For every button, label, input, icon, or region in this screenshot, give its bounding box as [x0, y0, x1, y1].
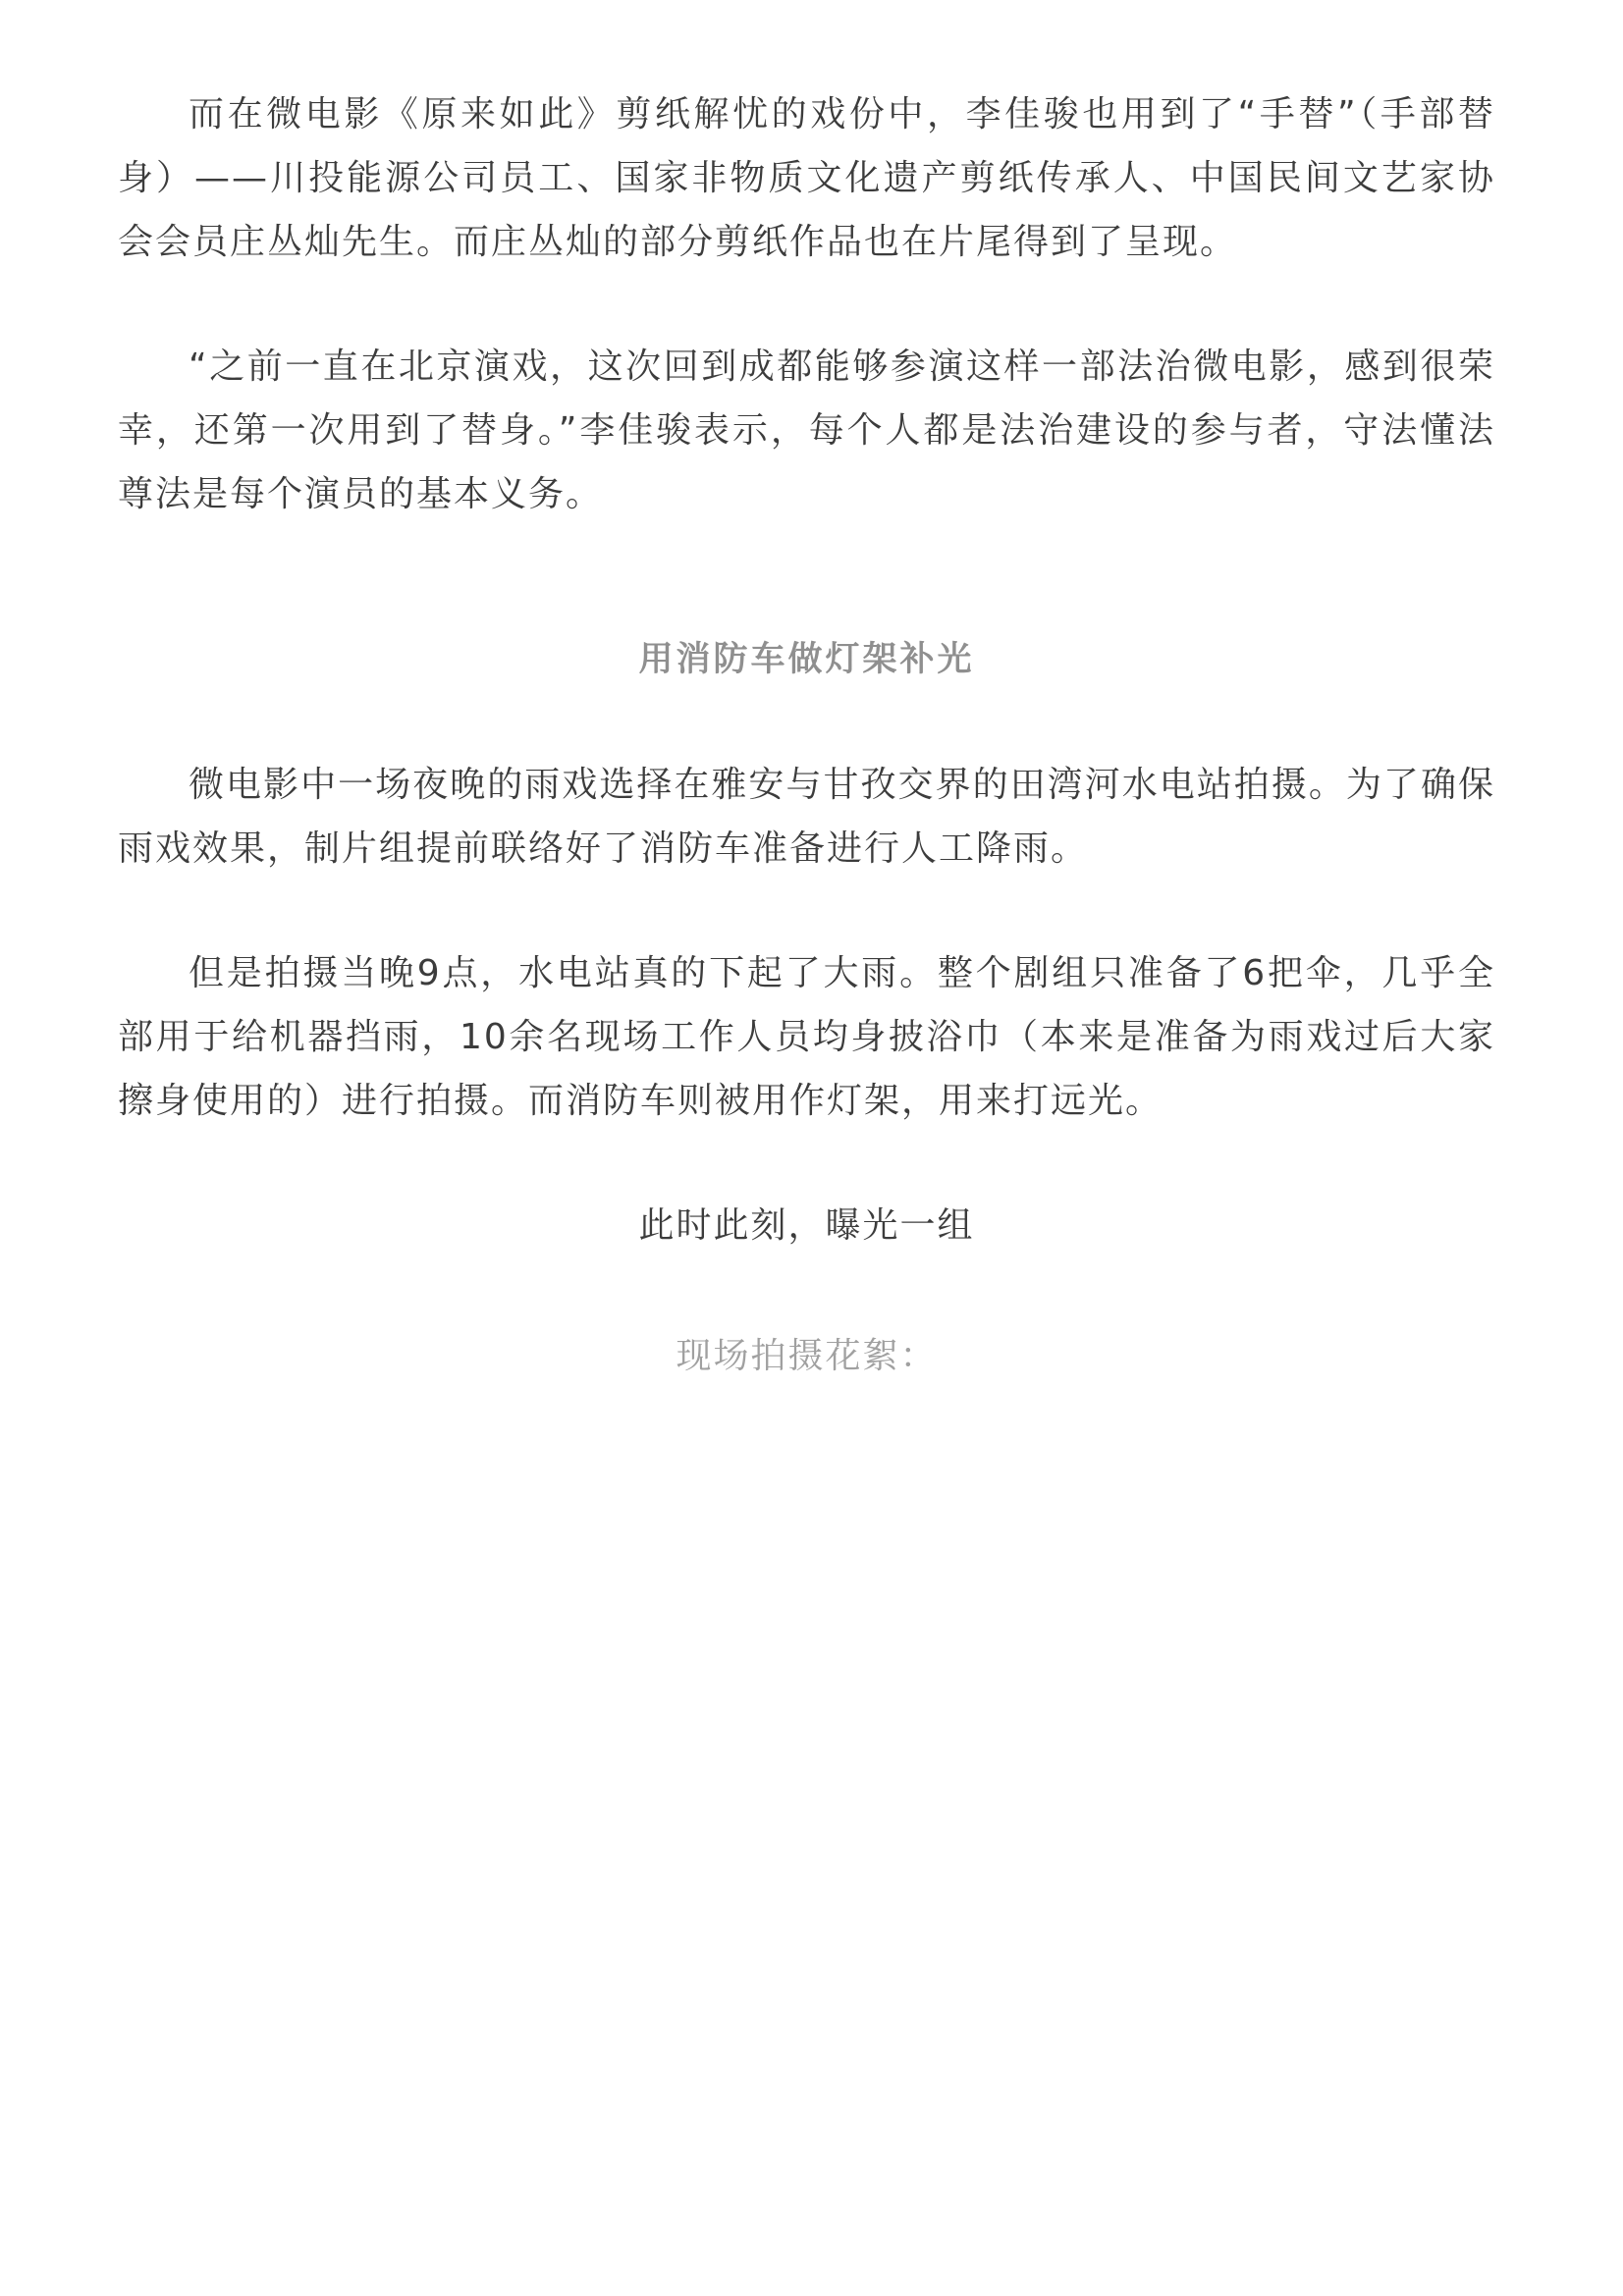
caption-behind-the-scenes: 现场拍摄花絮： [118, 1324, 1495, 1388]
paragraph-actor-quote: “之前一直在北京演戏，这次回到成都能够参演这样一部法治微电影，感到很荣幸，还第一… [118, 335, 1495, 526]
paragraph-hand-double: 而在微电影《原来如此》剪纸解忧的戏份中，李佳骏也用到了“手替”（手部替身）——川… [118, 82, 1495, 274]
article-content: 而在微电影《原来如此》剪纸解忧的戏份中，李佳骏也用到了“手替”（手部替身）——川… [0, 0, 1623, 1388]
section-heading-firetruck-light: 用消防车做灯架补光 [118, 628, 1495, 692]
centered-note-expose-set: 此时此刻，曝光一组 [118, 1194, 1495, 1257]
paragraph-rain-scene-plan: 微电影中一场夜晚的雨戏选择在雅安与甘孜交界的田湾河水电站拍摄。为了确保雨戏效果，… [118, 753, 1495, 881]
paragraph-real-rain-shoot: 但是拍摄当晚9点，水电站真的下起了大雨。整个剧组只准备了6把伞，几乎全部用于给机… [118, 941, 1495, 1133]
article-page: 而在微电影《原来如此》剪纸解忧的戏份中，李佳骏也用到了“手替”（手部替身）——川… [0, 0, 1623, 2296]
